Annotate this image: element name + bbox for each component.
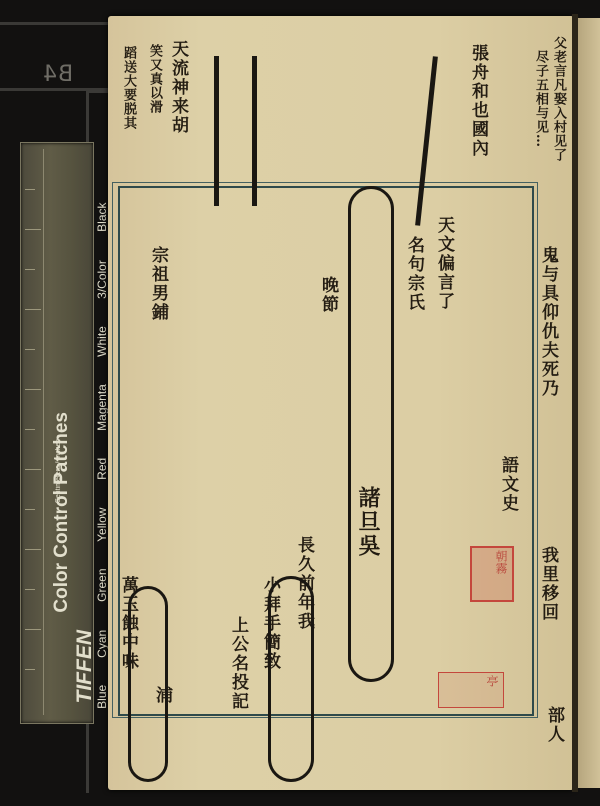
strip-title: Color Control Patches	[51, 412, 73, 613]
text-column: 語文史	[498, 456, 518, 513]
ink-circle-outline	[348, 186, 394, 682]
strip-color-labels: Blue Cyan Green Yellow Red Magenta White…	[95, 179, 109, 709]
ruler-scale	[25, 149, 44, 715]
ink-stroke	[252, 56, 257, 206]
strip-brand: TIFFEN	[73, 630, 97, 704]
page-frame	[118, 186, 534, 716]
ink-circle-outline	[268, 576, 314, 782]
margin-column: 鬼与具仰仇夫死乃	[538, 246, 558, 398]
margin-column: 我里移回	[538, 546, 558, 622]
margin-column: 部人	[544, 706, 564, 744]
text-column: 宗祖男鋪	[148, 246, 168, 322]
manuscript-page: 父老言凡娶入村见了 尽子五相与见… 鬼与具仰仇夫死乃 我里移回 部人 張舟和也國…	[108, 16, 574, 790]
margin-column: 笑又真以滑	[144, 44, 164, 114]
margin-column: 父老言凡娶入村见了	[548, 36, 568, 162]
backdrop-line-top	[0, 22, 110, 25]
color-calibration-strip: Centimeters / Inches TIFFEN Color Contro…	[20, 142, 94, 724]
ink-stroke	[214, 56, 219, 206]
red-seal-stamp: 朝霧	[470, 546, 514, 602]
red-seal-stamp: 亭	[438, 672, 504, 708]
margin-column: 尽子五相与见…	[530, 50, 550, 148]
ink-circle-outline	[128, 586, 168, 782]
text-column: 張舟和也國內	[468, 44, 488, 158]
margin-column: 蹈送大要脱其	[118, 46, 138, 130]
text-column: 天文偏言了	[434, 216, 454, 311]
text-column: 上公名投記	[228, 616, 248, 711]
margin-column: 天流神来胡	[168, 40, 188, 135]
text-column: 名句宗氏	[404, 236, 424, 312]
text-column: 晚節	[318, 276, 338, 314]
adjacent-page-edge	[578, 18, 600, 788]
scan-mark-label: B4	[42, 62, 73, 87]
